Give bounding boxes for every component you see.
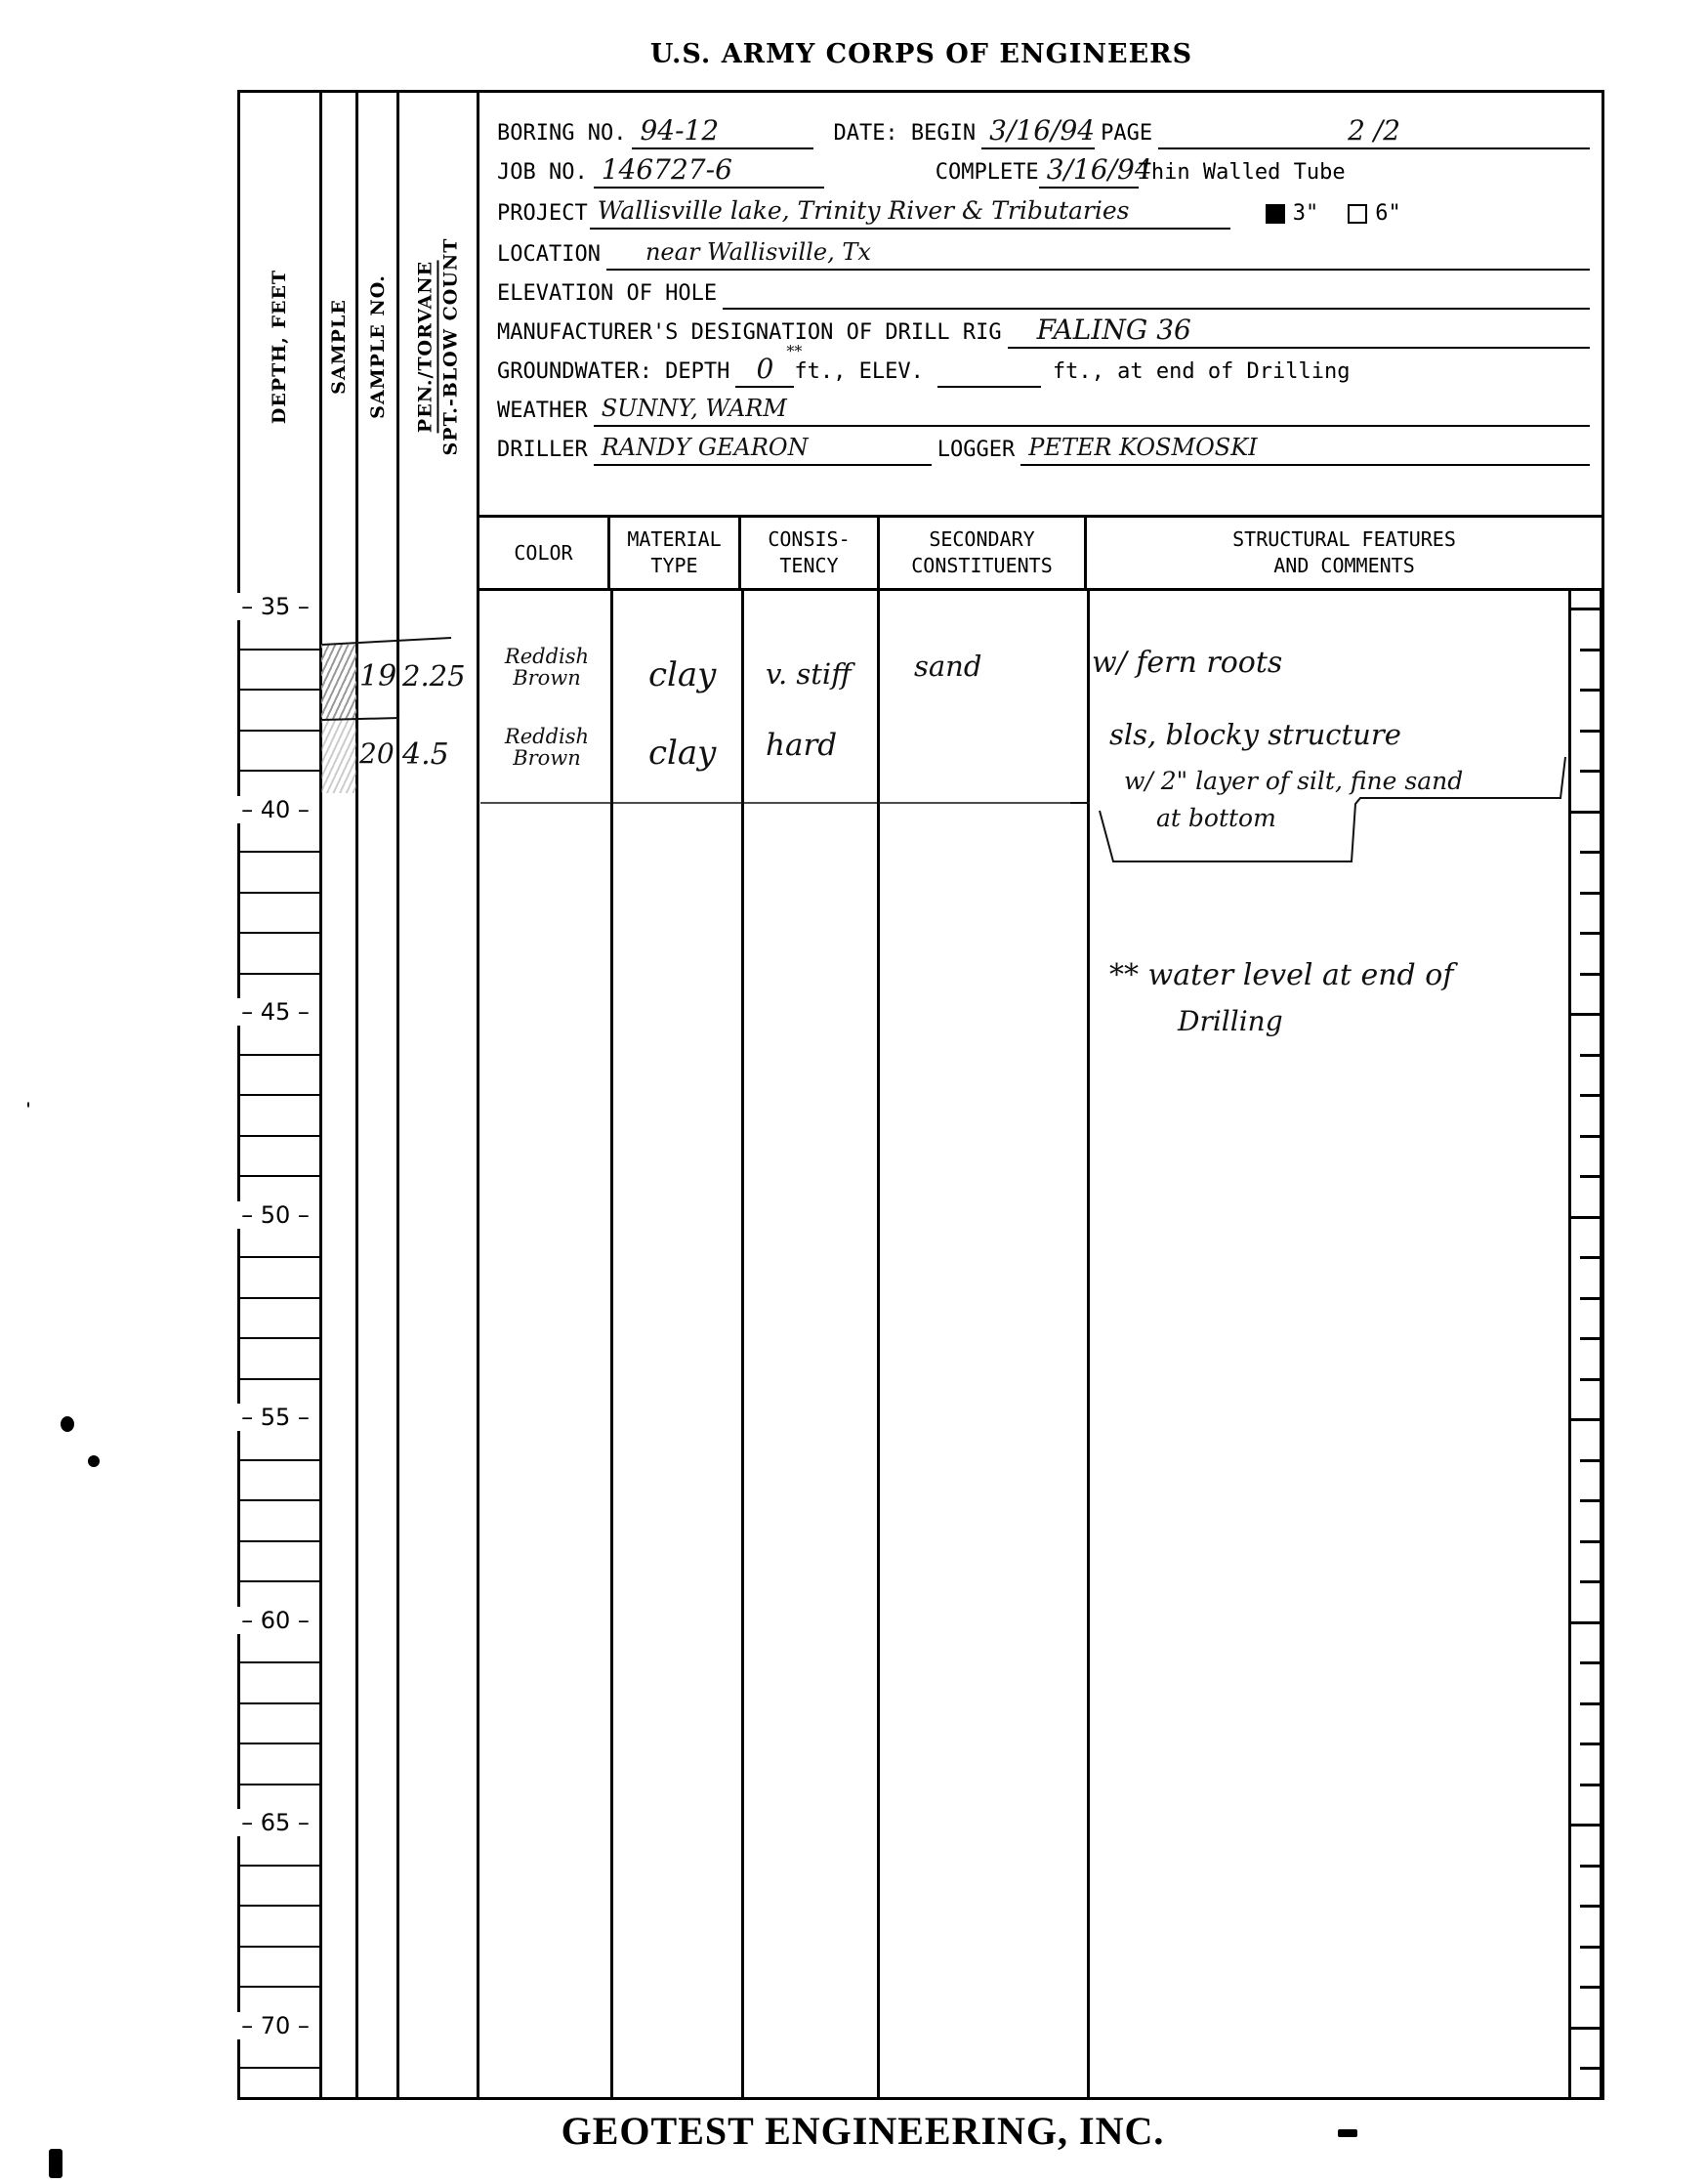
depth-label: – 55 – <box>227 1404 324 1431</box>
company-footer: GEOTEST ENGINEERING, INC. <box>10 2108 1706 2154</box>
divider <box>741 591 744 2097</box>
logger-label: LOGGER <box>937 438 1015 466</box>
depth-tick <box>1580 932 1602 935</box>
depth-gridline <box>240 973 322 975</box>
weather-field[interactable]: SUNNY, WARM <box>594 394 1590 427</box>
tube-3in-checkbox[interactable] <box>1266 204 1285 224</box>
scan-speck <box>1338 2129 1357 2137</box>
consistency-19: v. stiff <box>766 657 852 691</box>
boring-log-form: DEPTH, FEET SAMPLE SAMPLE NO. PEN./TORVA… <box>237 90 1604 2100</box>
page-label: PAGE <box>1101 121 1152 149</box>
depth-gridline <box>240 1865 322 1867</box>
project-field[interactable]: Wallisville lake, Trinity River & Tribut… <box>590 196 1230 230</box>
groundwater-depth-field[interactable]: 0 ** <box>735 355 794 388</box>
material-20: clay <box>648 734 716 773</box>
pen-torvane-column: PEN./TORVANE SPT.-BLOW COUNT <box>399 93 479 2097</box>
depth-tick <box>1580 1702 1602 1705</box>
col-material-type: MATERIAL TYPE <box>610 518 741 588</box>
depth-tick <box>1580 1784 1602 1786</box>
depth-tick <box>1570 811 1602 814</box>
depth-tick <box>1570 1013 1602 1016</box>
depth-tick <box>1580 1054 1602 1057</box>
driller-label: DRILLER <box>497 438 588 466</box>
depth-tick <box>1580 1540 1602 1543</box>
depth-gridline <box>240 1743 322 1744</box>
depth-gridline <box>240 892 322 894</box>
pen-value-20: 4.5 <box>402 737 449 772</box>
tube-6in-label: 6" <box>1375 201 1401 230</box>
depth-tick <box>1570 1621 1602 1624</box>
groundwater-note-line1: ** water level at end of <box>1109 958 1453 992</box>
boring-no-field[interactable]: 94-12 <box>632 116 813 149</box>
sample-19-symbol <box>321 645 356 720</box>
sample-column: SAMPLE <box>322 93 358 2097</box>
sample-header: SAMPLE <box>328 299 350 395</box>
depth-gridline <box>240 1094 322 1096</box>
depth-gridline <box>240 1459 322 1461</box>
drill-rig-field[interactable]: FALING 36 <box>1008 315 1590 349</box>
depth-tick <box>1580 1256 1602 1259</box>
boring-info: BORING NO. 94-12 DATE: BEGIN 3/16/94 PAG… <box>479 93 1602 515</box>
pen-value-19: 2.25 <box>402 659 466 693</box>
divider <box>1568 591 1571 2097</box>
depth-tick <box>1580 1135 1602 1138</box>
location-label: LOCATION <box>497 242 601 271</box>
depth-tick <box>1580 1986 1602 1989</box>
depth-gridline <box>240 1784 322 1785</box>
col-secondary-constituents: SECONDARY CONSTITUENTS <box>880 518 1087 588</box>
depth-gridline <box>240 649 322 651</box>
depth-label: – 45 – <box>227 998 324 1026</box>
depth-label: – 40 – <box>227 796 324 823</box>
depth-tick <box>1570 1216 1602 1219</box>
depth-gridline <box>240 1661 322 1663</box>
logger-field[interactable]: PETER KOSMOSKI <box>1020 433 1590 466</box>
sample-no-19: 19 <box>359 659 396 693</box>
depth-gridline <box>240 1499 322 1501</box>
depth-gridline <box>240 851 322 853</box>
date-begin-field[interactable]: 3/16/94 <box>981 116 1095 149</box>
col-color: COLOR <box>479 518 610 588</box>
material-19: clay <box>648 655 716 694</box>
depth-gridline <box>240 1946 322 1948</box>
color-20: Reddish Brown <box>484 726 609 769</box>
depth-tick <box>1580 1337 1602 1340</box>
depth-gridline <box>240 1580 322 1582</box>
depth-tick <box>1580 770 1602 773</box>
complete-label: COMPLETE <box>936 160 1039 189</box>
divider <box>610 591 613 2097</box>
comments-20-line1: sls, blocky structure <box>1109 718 1401 751</box>
sample-20-symbol <box>321 720 356 793</box>
soil-table-header: COLOR MATERIAL TYPE CONSIS- TENCY SECOND… <box>479 515 1602 591</box>
depth-tick <box>1580 1946 1602 1949</box>
depth-header: DEPTH, FEET <box>270 270 291 424</box>
depth-tick <box>1570 1418 1602 1421</box>
ft-elev-label: ft., ELEV. <box>794 359 923 388</box>
depth-gridline <box>240 1297 322 1299</box>
depth-tick <box>1580 973 1602 976</box>
tube-6in-checkbox[interactable] <box>1348 204 1367 224</box>
depth-gridline <box>240 1054 322 1056</box>
divider <box>877 591 880 2097</box>
depth-gridline <box>240 1135 322 1137</box>
depth-label: – 65 – <box>227 1809 324 1836</box>
depth-gridline <box>240 689 322 691</box>
depth-gridline <box>240 1986 322 1988</box>
depth-label: – 50 – <box>227 1201 324 1229</box>
comments-20-line3: at bottom <box>1156 804 1276 832</box>
scan-speck <box>61 1416 74 1432</box>
job-no-field[interactable]: 146727-6 <box>594 155 824 189</box>
depth-gridline <box>240 1337 322 1339</box>
date-begin-label: DATE: BEGIN <box>833 121 976 149</box>
depth-label: – 60 – <box>227 1607 324 1634</box>
depth-tick <box>1580 1094 1602 1097</box>
depth-tick <box>1580 2067 1602 2070</box>
depth-tick <box>1580 1661 1602 1664</box>
job-no-label: JOB NO. <box>497 160 588 189</box>
drill-rig-label: MANUFACTURER'S DESIGNATION OF DRILL RIG <box>497 320 1002 349</box>
end-of-drilling-label: ft., at end of Drilling <box>1053 359 1351 388</box>
depth-gridline <box>240 932 322 934</box>
divider <box>1087 591 1090 2097</box>
depth-tick <box>1570 608 1602 610</box>
depth-gridline <box>240 1175 322 1177</box>
tube-label: Thin Walled Tube <box>1139 160 1346 189</box>
scan-speck <box>88 1455 100 1467</box>
sample-no-20: 20 <box>359 737 395 770</box>
groundwater-note-line2: Drilling <box>1178 1005 1283 1037</box>
depth-tick <box>1580 1297 1602 1300</box>
depth-tick <box>1580 1743 1602 1745</box>
col-structural-features: STRUCTURAL FEATURES AND COMMENTS <box>1087 518 1602 588</box>
agency-title: U.S. ARMY CORPS OF ENGINEERS <box>68 39 1706 69</box>
depth-tick <box>1570 1824 1602 1827</box>
depth-tick <box>1580 649 1602 651</box>
divider <box>1600 591 1602 2097</box>
depth-gridline <box>240 770 322 772</box>
depth-gridline <box>240 1256 322 1258</box>
groundwater-label: GROUNDWATER: DEPTH <box>497 359 729 388</box>
location-field[interactable]: near Wallisville, Tx <box>606 237 1590 271</box>
depth-tick <box>1580 1459 1602 1462</box>
color-19: Reddish Brown <box>484 646 609 689</box>
comments-20-line2: w/ 2" layer of silt, fine sand <box>1124 767 1463 795</box>
elevation-label: ELEVATION OF HOLE <box>497 281 717 310</box>
scan-speck <box>27 1102 29 1108</box>
comments-19: w/ fern roots <box>1092 646 1282 680</box>
depth-gridline <box>240 1540 322 1542</box>
depth-gridline <box>240 1702 322 1704</box>
page-field[interactable]: 2 /2 <box>1158 116 1590 149</box>
date-complete-field[interactable]: 3/16/94 <box>1039 155 1139 189</box>
secondary-19: sand <box>914 650 981 683</box>
driller-field[interactable]: RANDY GEARON <box>594 433 932 466</box>
depth-tick <box>1580 892 1602 895</box>
depth-tick <box>1580 1580 1602 1583</box>
col-consistency: CONSIS- TENCY <box>741 518 880 588</box>
depth-gridline <box>240 1905 322 1907</box>
depth-label: – 70 – <box>227 2012 324 2039</box>
depth-gridline <box>240 2067 322 2069</box>
depth-tick <box>1580 1378 1602 1381</box>
groundwater-depth-value: 0 <box>757 353 774 385</box>
depth-tick <box>1580 1865 1602 1868</box>
consistency-20: hard <box>766 728 837 763</box>
depth-gridline <box>240 730 322 732</box>
depth-tick <box>1580 689 1602 692</box>
depth-tick <box>1580 1905 1602 1908</box>
depth-tick <box>1580 1175 1602 1178</box>
depth-tick <box>1580 851 1602 854</box>
pen-torvane-header: PEN./TORVANE <box>414 261 439 433</box>
depth-tick <box>1580 1499 1602 1502</box>
sample-no-header: SAMPLE NO. <box>367 274 389 419</box>
depth-tick <box>1570 2027 1602 2030</box>
depth-label: – 35 – <box>227 593 324 620</box>
weather-label: WEATHER <box>497 399 588 427</box>
sample-no-column: SAMPLE NO. <box>358 93 399 2097</box>
tube-3in-label: 3" <box>1293 201 1319 230</box>
depth-tick <box>1580 730 1602 733</box>
boring-no-label: BORING NO. <box>497 121 626 149</box>
groundwater-note-mark: ** <box>786 337 802 366</box>
scan-speck <box>49 2149 62 2178</box>
spt-blow-count-header: SPT.-BLOW COUNT <box>439 238 463 456</box>
project-label: PROJECT <box>497 201 588 230</box>
depth-gridline <box>240 1378 322 1380</box>
